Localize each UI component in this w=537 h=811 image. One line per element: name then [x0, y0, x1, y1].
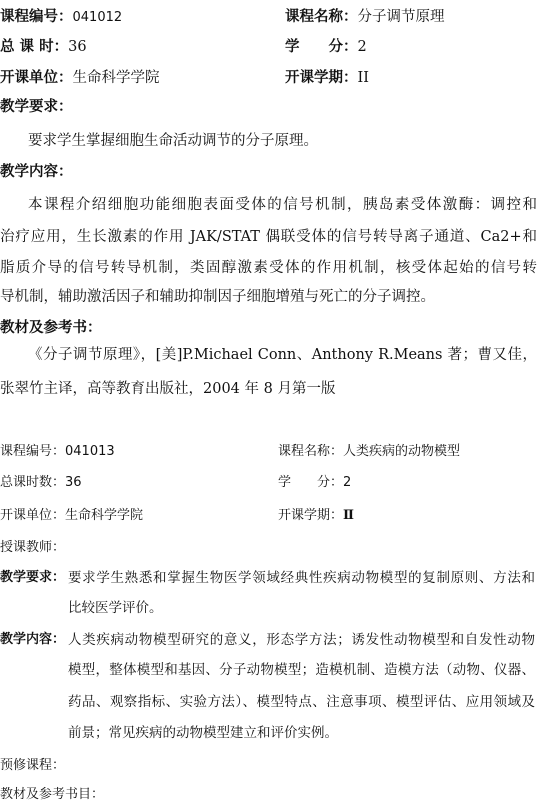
course2-code-row: 课程编号：041013 — [0, 442, 115, 462]
course2-credit-label: 学 分： — [278, 475, 343, 490]
course1-hours-row: 总 课 时：36 — [0, 37, 87, 57]
course2-content-line: 人类疾病动物模型研究的意义，形态学方法；诱发性动物模型和自发性动物 — [68, 630, 535, 650]
course1-req-heading: 教学要求： — [0, 97, 73, 117]
course2-term-row: 开课学期：Ⅱ — [278, 506, 354, 526]
course1-content-line: 导机制，辅助激活因子和辅助抑制因子细胞增殖与死亡的分子调控。 — [0, 287, 435, 307]
course1-code-value: 041012 — [73, 10, 123, 25]
course2-name-label: 课程名称： — [278, 444, 343, 459]
course1-code-label: 课程编号： — [0, 9, 73, 25]
course2-code-label: 课程编号： — [0, 444, 65, 459]
course2-name-value: 人类疾病的动物模型 — [343, 444, 460, 459]
course1-content-line: 脂质介导的信号转导机制，类固醇激素受体的作用机制，核受体起始的信号转 — [0, 258, 537, 278]
course2-content-line: 模型，整体模型和基因、分子动物模型；造模机制、造模方法（动物、仪器、 — [68, 660, 535, 680]
course2-credit-value: 2 — [343, 475, 351, 490]
course1-credit-value: 2 — [358, 39, 367, 55]
course2-req-heading: 教学要求： — [0, 568, 65, 588]
course1-content-line: 本课程介绍细胞功能细胞表面受体的信号机制，胰岛素受体激酶：调控和 — [28, 195, 537, 215]
course2-hours-value: 36 — [65, 475, 82, 490]
course1-unit-row: 开课单位：生命科学学院 — [0, 68, 160, 88]
course1-hours-value: 36 — [68, 39, 86, 55]
course2-unit-row: 开课单位：生命科学学院 — [0, 506, 143, 526]
course2-term-value: Ⅱ — [343, 508, 354, 523]
course1-book-line: 张翠竹主译，高等教育出版社，2004 年 8 月第一版 — [0, 379, 335, 399]
course2-code-value: 041013 — [65, 444, 115, 459]
course1-hours-label: 总 课 时： — [0, 39, 68, 55]
course2-prereq-label: 预修课程： — [0, 756, 65, 776]
course2-content-line: 药品、观察指标、实验方法）、模型特点、注意事项、模型评估、应用领域及 — [68, 692, 535, 712]
course1-term-value: II — [358, 70, 369, 86]
course1-content-heading: 教学内容： — [0, 162, 73, 182]
course1-req-text: 要求学生掌握细胞生命活动调节的分子原理。 — [28, 131, 318, 151]
course1-term-row: 开课学期：II — [285, 68, 369, 88]
course2-credit-row: 学 分：2 — [278, 473, 351, 493]
course1-books-heading: 教材及参考书： — [0, 318, 102, 338]
course1-name-label: 课程名称： — [285, 9, 358, 25]
course2-req-line: 比较医学评价。 — [68, 598, 163, 618]
course2-hours-row: 总课时数：36 — [0, 473, 82, 493]
course1-content-line: 治疗应用，生长激素的作用 JAK/STAT 偶联受体的信号转导离子通道、Ca2+… — [0, 227, 537, 247]
course2-books-label: 教材及参考书目： — [0, 785, 104, 805]
course1-name-row: 课程名称：分子调节原理 — [285, 7, 445, 27]
course1-term-label: 开课学期： — [285, 70, 358, 86]
course1-unit-label: 开课单位： — [0, 70, 73, 86]
course2-unit-value: 生命科学学院 — [65, 508, 143, 523]
course2-teacher-label: 授课教师： — [0, 538, 65, 558]
course1-code-row: 课程编号：041012 — [0, 7, 122, 28]
course2-term-label: 开课学期： — [278, 508, 343, 523]
course1-credit-row: 学 分：2 — [285, 37, 367, 57]
course2-content-heading: 教学内容： — [0, 630, 65, 650]
course2-name-row: 课程名称：人类疾病的动物模型 — [278, 442, 460, 462]
course1-unit-value: 生命科学学院 — [73, 70, 160, 86]
course2-unit-label: 开课单位： — [0, 508, 65, 523]
course1-credit-label: 学 分： — [285, 39, 358, 55]
course2-hours-label: 总课时数： — [0, 475, 65, 490]
course2-req-line: 要求学生熟悉和掌握生物医学领域经典性疾病动物模型的复制原则、方法和 — [68, 568, 535, 588]
course1-book-line: 《分子调节原理》，[美]P.Michael Conn、Anthony R.Mea… — [28, 345, 537, 365]
course2-content-line: 前景；常见疾病的动物模型建立和评价实例。 — [68, 723, 338, 743]
course1-name-value: 分子调节原理 — [358, 9, 445, 25]
